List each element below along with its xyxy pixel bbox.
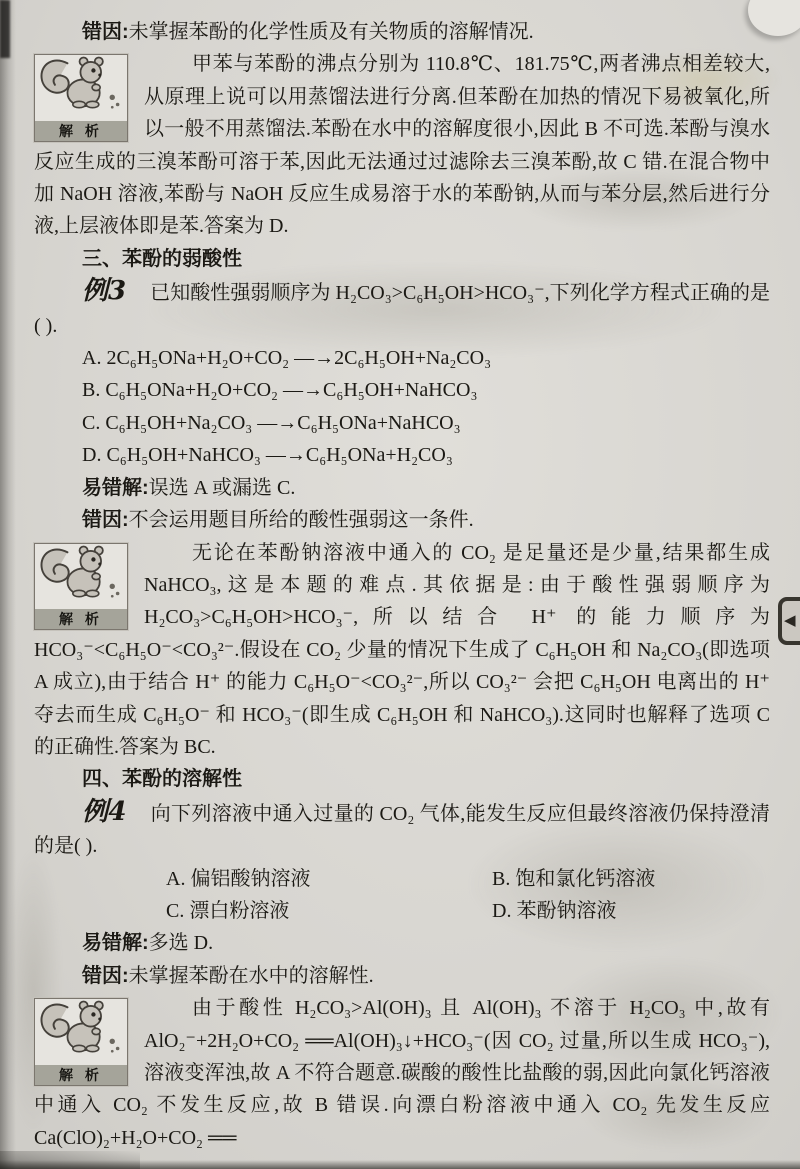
analysis-paragraph: 由于酸性 H₂CO₃>Al(OH)₃ 且 Al(OH)₃ 不溶于 H₂CO₃ 中… [34,992,770,1154]
error-cause-line: 错因:未掌握苯酚在水中的溶解性. [34,960,770,992]
squirrel-icon [35,544,127,609]
example4-option-a: A. 偏铝酸钠溶液 [166,863,492,895]
error-cause-line: 错因:不会运用题目所给的酸性强弱这一条件. [34,504,770,536]
section-heading-three: 三、苯酚的弱酸性 [34,243,770,275]
jiexi-label: 解 析 [35,1065,127,1085]
error-cause-line: 错因:未掌握苯酚的化学性质及有关物质的溶解情况. [34,16,770,48]
section-heading-four: 四、苯酚的溶解性 [34,763,770,795]
error-cause-text: 未掌握苯酚的化学性质及有关物质的溶解情况. [129,21,534,43]
easy-error-text: 误选 A 或漏选 C. [149,477,296,499]
analysis-block-1: 解 析 甲苯与苯酚的沸点分别为 110.8℃、181.75℃,两者沸点相差较大,… [34,48,770,242]
squirrel-icon [35,55,127,120]
example4-text: 向下列溶液中通入过量的 CO₂ 气体,能发生反应但最终溶液仍保持澄清的是( ). [34,803,770,857]
error-cause-label: 错因: [82,509,129,531]
jiexi-label: 解 析 [35,121,127,141]
example4-label: 例4 [82,797,126,827]
example4-option-c: C. 漂白粉溶液 [166,895,492,927]
analysis-block-2: 解 析 无论在苯酚钠溶液中通入的 CO₂ 是足量还是少量,结果都生成 NaHCO… [34,537,770,764]
analysis-block-3: 解 析 由于酸性 H₂CO₃>Al(OH)₃ 且 Al(OH)₃ 不溶于 H₂C… [34,992,770,1154]
page-content: 错因:未掌握苯酚的化学性质及有关物质的溶解情况. [0,0,800,1154]
page-edge-marker: ◀ [778,597,800,645]
squirrel-icon [35,999,127,1064]
easy-error-label: 易错解: [82,477,149,499]
easy-error-line: 易错解:多选 D. [34,927,770,959]
page-edge-shadow-top-left [0,0,10,58]
error-cause-label: 错因: [82,21,129,43]
left-triangle-icon: ◀ [784,605,796,637]
example3-option-a: A. 2C₆H₅ONa+H₂O+CO₂ —→2C₆H₅OH+Na₂CO₃ [82,342,770,374]
jiexi-label: 解 析 [35,609,127,629]
example3-option-b: B. C₆H₅ONa+H₂O+CO₂ —→C₆H₅OH+NaHCO₃ [82,374,770,406]
example3-label: 例3 [82,276,126,306]
easy-error-label: 易错解: [82,932,149,954]
example3-text: 已知酸性强弱顺序为 H₂CO₃>C₆H₅OH>HCO₃⁻,下列化学方程式正确的是… [34,282,770,336]
jiexi-mascot-box: 解 析 [34,543,128,630]
example4-option-d: D. 苯酚钠溶液 [492,895,770,927]
jiexi-mascot-box: 解 析 [34,998,128,1085]
example3-intro: 例3已知酸性强弱顺序为 H₂CO₃>C₆H₅OH>HCO₃⁻,下列化学方程式正确… [34,275,770,342]
error-cause-label: 错因: [82,965,129,987]
example3-option-d: D. C₆H₅OH+NaHCO₃ —→C₆H₅ONa+H₂CO₃ [82,439,770,471]
example4-options: A. 偏铝酸钠溶液 B. 饱和氯化钙溶液 C. 漂白粉溶液 D. 苯酚钠溶液 [166,863,770,928]
analysis-paragraph: 甲苯与苯酚的沸点分别为 110.8℃、181.75℃,两者沸点相差较大,从原理上… [34,48,770,242]
jiexi-mascot-box: 解 析 [34,54,128,141]
easy-error-text: 多选 D. [149,932,213,954]
example4-intro: 例4向下列溶液中通入过量的 CO₂ 气体,能发生反应但最终溶液仍保持澄清的是( … [34,796,770,863]
easy-error-line: 易错解:误选 A 或漏选 C. [34,472,770,504]
example4-option-b: B. 饱和氯化钙溶液 [492,863,770,895]
textbook-page: 错因:未掌握苯酚的化学性质及有关物质的溶解情况. [0,0,800,1169]
analysis-paragraph: 无论在苯酚钠溶液中通入的 CO₂ 是足量还是少量,结果都生成 NaHCO₃,这是… [34,537,770,764]
error-cause-text: 不会运用题目所给的酸性强弱这一条件. [129,509,474,531]
page-edge-shadow-bottom-left [0,1151,140,1169]
example3-option-c: C. C₆H₅OH+Na₂CO₃ —→C₆H₅ONa+NaHCO₃ [82,407,770,439]
error-cause-text: 未掌握苯酚在水中的溶解性. [129,965,374,987]
